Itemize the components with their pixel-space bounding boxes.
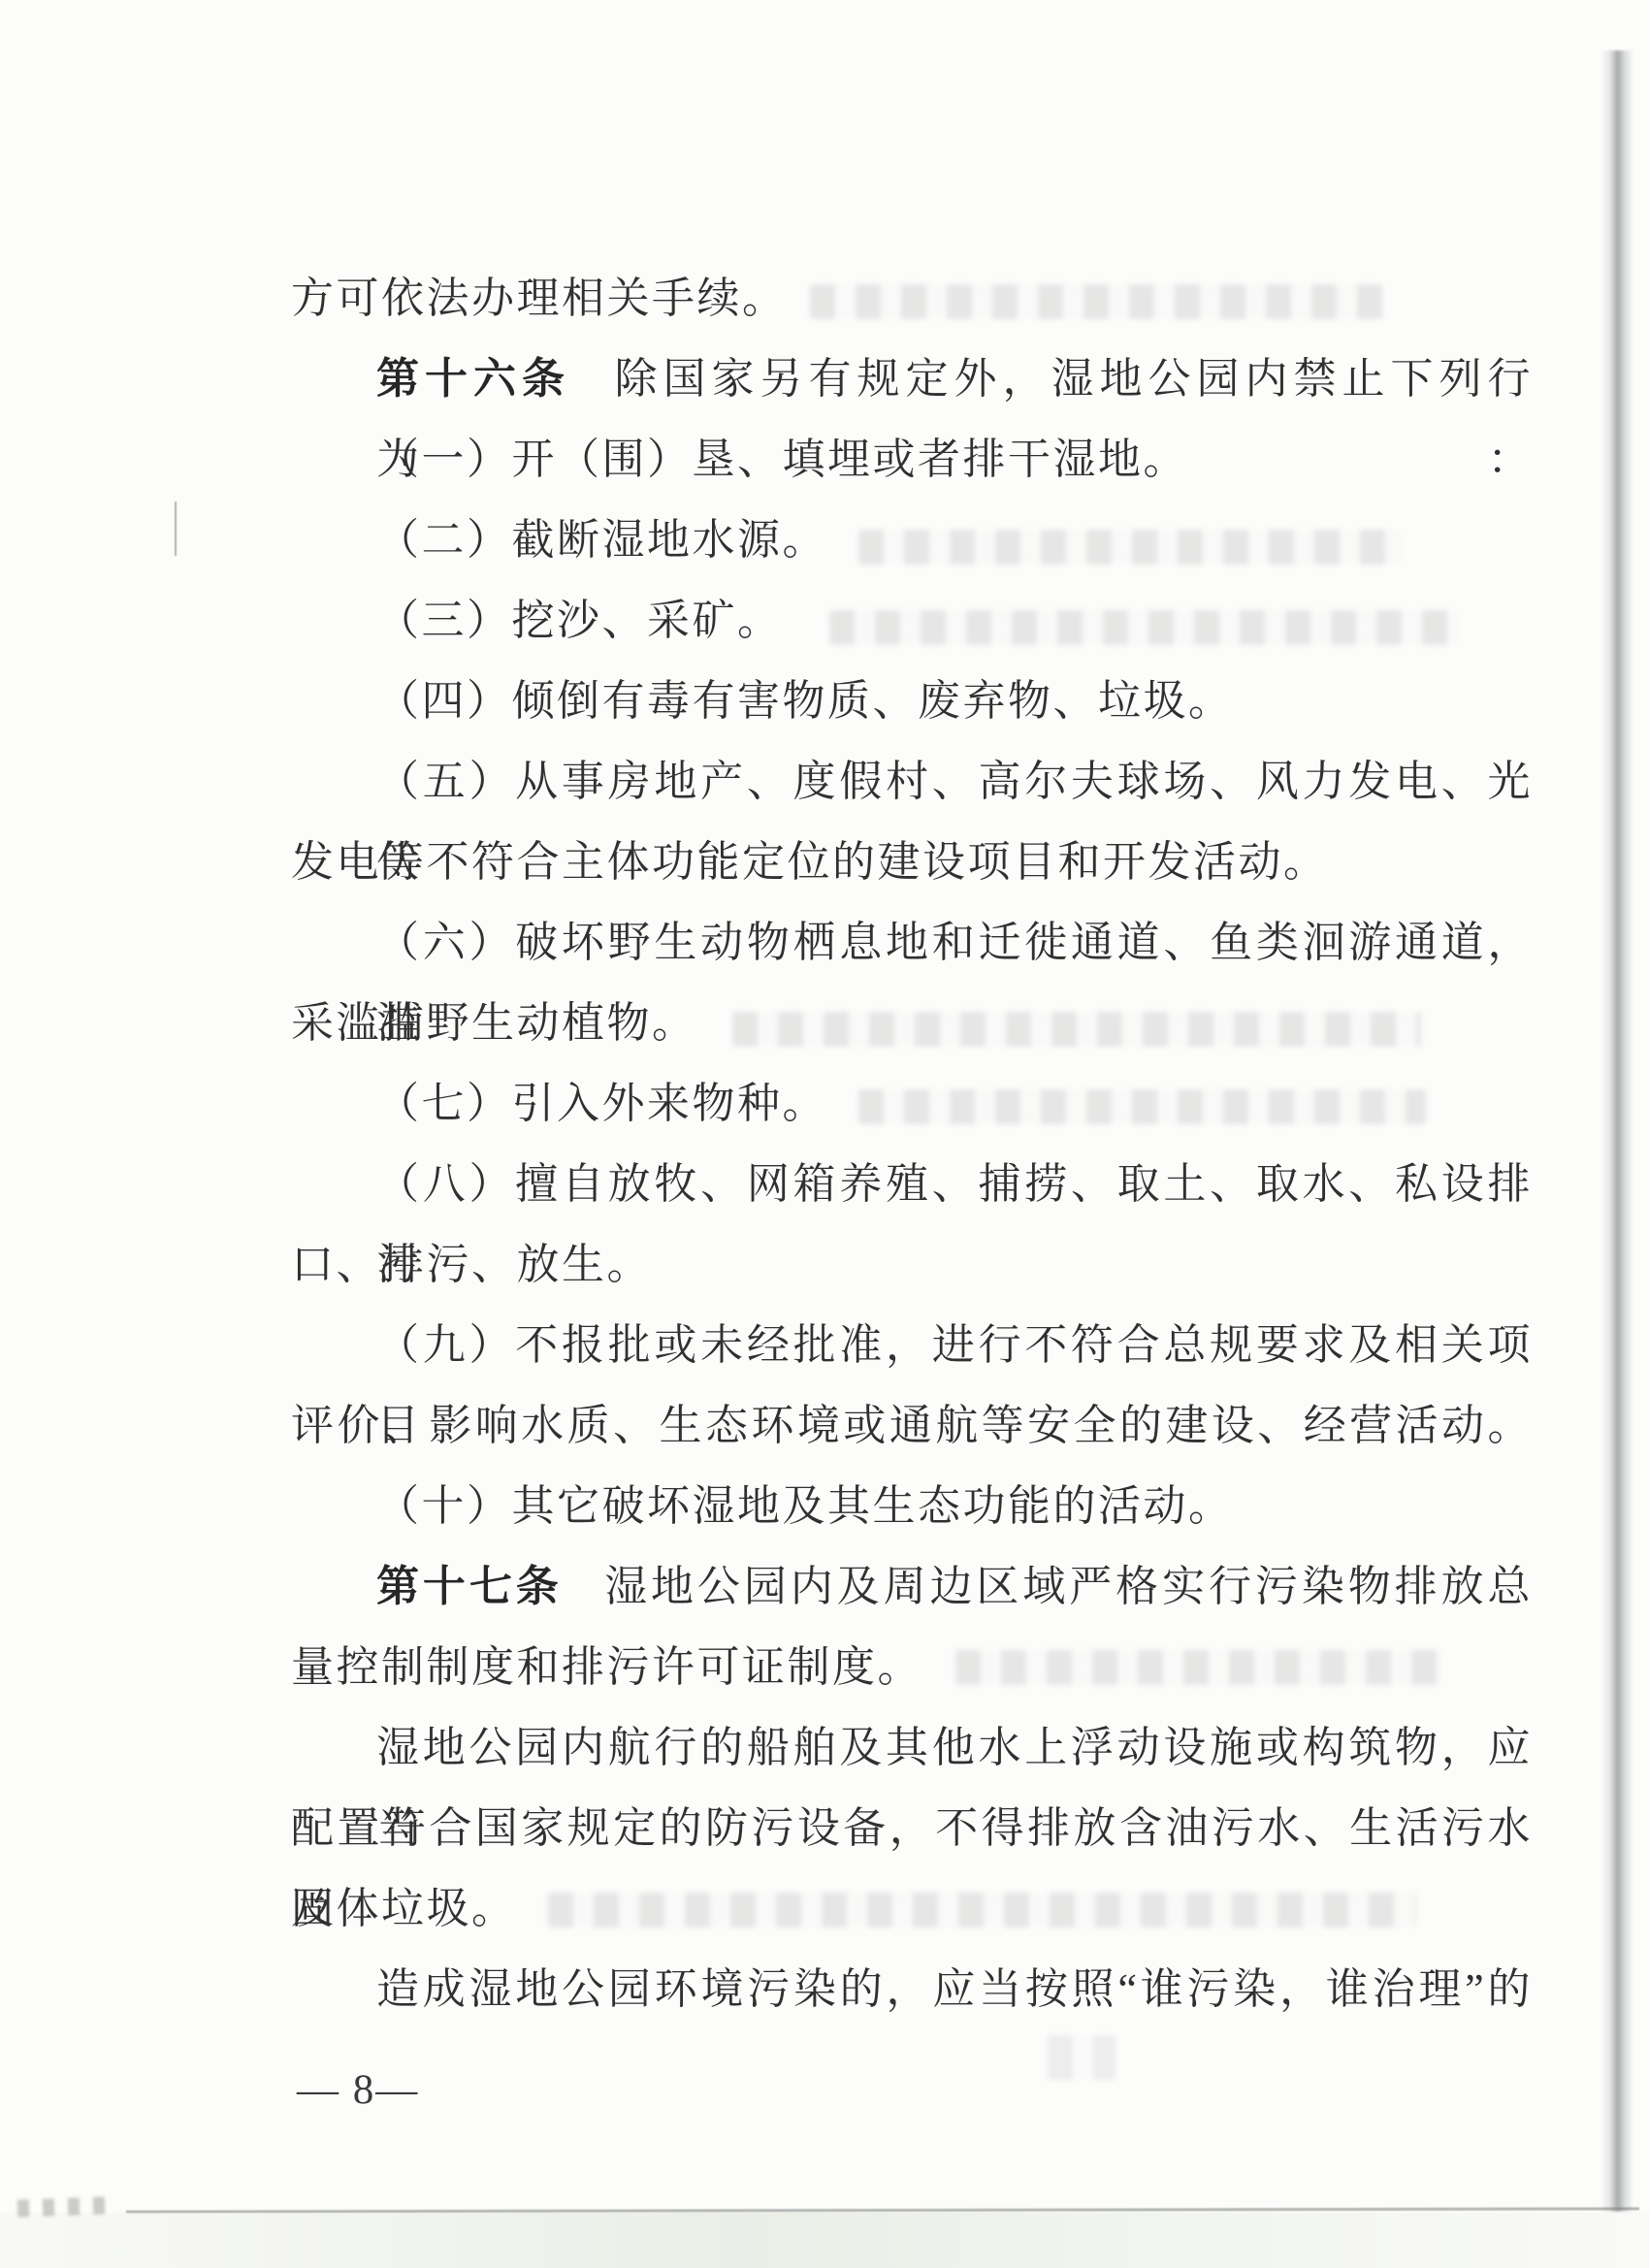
ink-bleed-artifact — [955, 1650, 1440, 1685]
ink-bleed-artifact — [1048, 2035, 1115, 2080]
scan-background-strip — [0, 2213, 1649, 2268]
ink-bleed-artifact — [732, 1012, 1421, 1047]
text-line: （五）从事房地产、度假村、高尔夫球场、风力发电、光伏 — [291, 741, 1533, 822]
text-line: 造成湿地公园环境污染的，应当按照“谁污染，谁治理”的 — [291, 1949, 1533, 2029]
text-line: （九）不报批或未经批准，进行不符合总规要求及相关项目 — [291, 1305, 1533, 1385]
text-line: （六）破坏野生动物栖息地和迁徙通道、鱼类洄游通道，滥 — [291, 902, 1533, 983]
document-page: 方可依法办理相关手续。第十六条除国家另有规定外，湿地公园内禁止下列行为：（一）开… — [0, 0, 1649, 2268]
ink-bleed-artifact — [829, 610, 1460, 645]
document-body: 方可依法办理相关手续。第十六条除国家另有规定外，湿地公园内禁止下列行为：（一）开… — [291, 258, 1533, 2029]
text-line: 评价、影响水质、生态环境或通航等安全的建设、经营活动。 — [291, 1385, 1533, 1466]
text-line: 口、排污、放生。 — [291, 1224, 1533, 1305]
ink-bleed-artifact — [858, 1089, 1426, 1124]
text-line: 发电等不符合主体功能定位的建设项目和开发活动。 — [291, 822, 1533, 902]
text-line: （十）其它破坏湿地及其生态功能的活动。 — [291, 1466, 1533, 1546]
scan-corner-artifact — [17, 2196, 112, 2217]
article-number: 第十六条 — [376, 355, 570, 403]
text-line: （八）擅自放牧、网箱养殖、捕捞、取土、取水、私设排污 — [291, 1144, 1533, 1224]
scan-stray-mark — [175, 502, 177, 556]
article-number: 第十七条 — [376, 1563, 563, 1610]
text-line: 配置符合国家规定的防污设备，不得排放含油污水、生活污水及 — [291, 1788, 1533, 1868]
text-line: 湿地公园内航行的船舶及其他水上浮动设施或构筑物，应当 — [291, 1707, 1533, 1788]
text-line: 第十七条湿地公园内及周边区域严格实行污染物排放总 — [291, 1546, 1533, 1627]
text-line: （四）倾倒有毒有害物质、废弃物、垃圾。 — [291, 661, 1533, 741]
ink-bleed-artifact — [858, 530, 1402, 565]
ink-bleed-artifact — [548, 1893, 1416, 1928]
scan-right-edge-shadow — [1600, 50, 1633, 2212]
page-number: — 8— — [297, 2066, 419, 2114]
text-line: 第十六条除国家另有规定外，湿地公园内禁止下列行为： — [291, 339, 1533, 419]
ink-bleed-artifact — [810, 284, 1382, 319]
